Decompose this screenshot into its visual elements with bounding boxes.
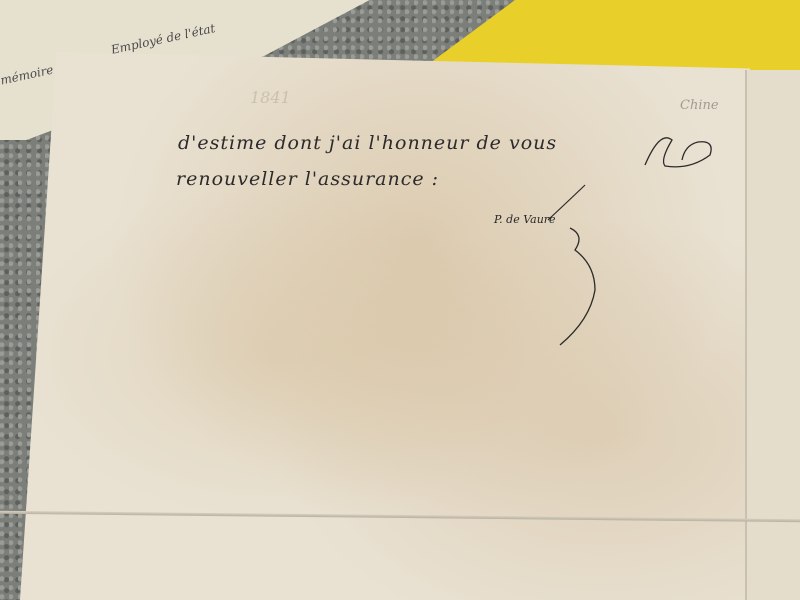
handwritten-line-1: d'estime dont j'ai l'honneur de vous xyxy=(178,132,557,154)
margin-note: Chine xyxy=(680,98,719,113)
signature-flourish xyxy=(470,180,730,350)
flourish-loop xyxy=(640,130,730,180)
back-letter-text-2: mémoire xyxy=(0,63,55,88)
back-letter-text-1: Employé de l'état xyxy=(110,21,217,57)
faint-bleedthrough-date: 1841 xyxy=(250,88,291,107)
handwritten-line-2: renouveller l'assurance : xyxy=(176,168,439,190)
